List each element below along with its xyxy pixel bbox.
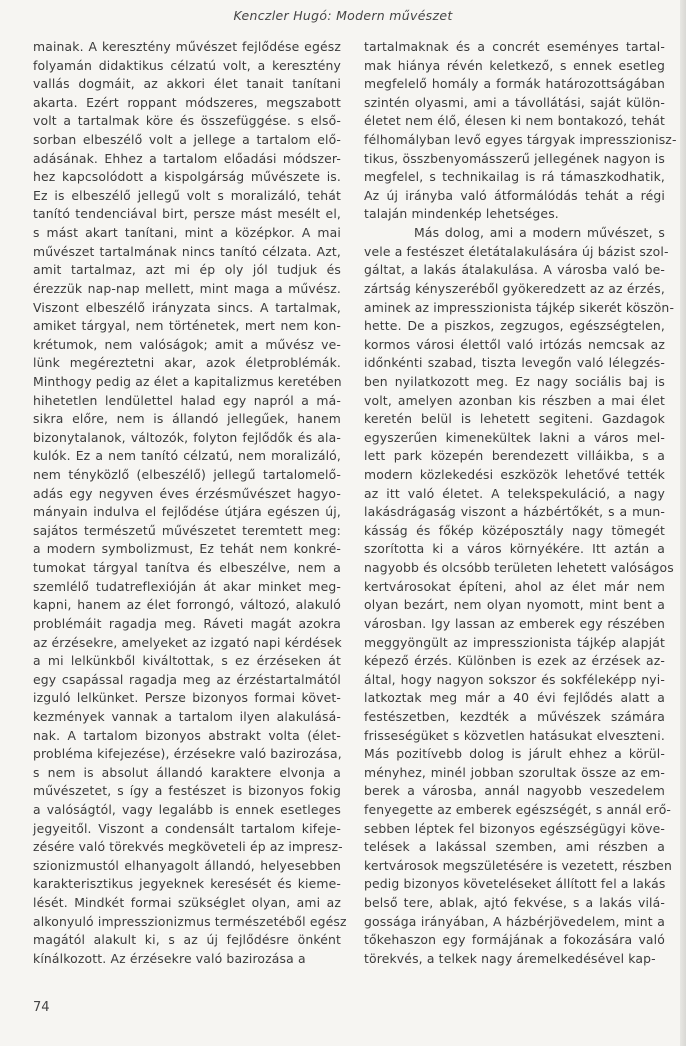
text-line: amiket tárgyal, nem történetek, mert nem…	[33, 317, 341, 336]
text-line: kormos városi élettől való irtózás nemcs…	[364, 336, 665, 355]
text-line: mányain indulva el fejlődése útjára egés…	[33, 503, 341, 522]
text-line: az érzésekre, amelyeket az izgató napi k…	[33, 634, 341, 653]
text-line: talaján mindenkép lehetséges.	[364, 205, 665, 224]
text-line: pedig bizonyos követeléseket állított fe…	[364, 875, 665, 894]
text-line: nem tényközlő (elbeszélő) jellegű tartal…	[33, 466, 341, 485]
text-line: megfelelő homály a formák határozottságá…	[364, 75, 665, 94]
text-line: Más dolog, ami a modern művészet, s	[364, 224, 665, 243]
page-edge	[680, 0, 686, 1046]
text-line: Az új irányba való átformálódás tehát a …	[364, 187, 665, 206]
text-line: meggyöngült az impresszionista tájkép al…	[364, 634, 665, 653]
text-line: s nem is absolut állandó karaktere elvon…	[33, 764, 341, 783]
text-line: megfelel, s technikailag is rá támaszkod…	[364, 168, 665, 187]
text-line: tanító tendenciával birt, persze mást me…	[33, 205, 341, 224]
text-line: Minthogy pedig az élet a kapitalizmus ke…	[33, 373, 341, 392]
text-line: zártság kényszeréből gyökeredzett az az …	[364, 280, 665, 299]
text-line: zésére való törekvés megköveteli ép az i…	[33, 838, 341, 857]
text-line: fenyegette az emberek egészségét, s anná…	[364, 801, 665, 820]
text-line: mainak. A keresztény művészet fejlődése …	[33, 38, 341, 57]
text-line: lünk megéreztetni akar, azok életproblém…	[33, 354, 341, 373]
text-line: sajátos természetű művészetet teremtett …	[33, 522, 341, 541]
text-line: gossága irányában, A házbérjövedelem, mi…	[364, 913, 665, 932]
text-line: képező érzés. Különben is ezek az érzése…	[364, 652, 665, 671]
text-line: volt, amelyen azonban kis részben a mai …	[364, 392, 665, 411]
text-line: félhomályban levő egyes tárgyak impressz…	[364, 131, 665, 150]
text-line: Viszont elbeszélő irányzata sincs. A tar…	[33, 299, 341, 318]
text-line: mak hiánya révén keletkező, s ennek eset…	[364, 57, 665, 76]
text-line: modern közlekedési eszközök lehetővé tet…	[364, 466, 665, 485]
text-line: sebben léptek fel bizonyos egészségügyi …	[364, 820, 665, 839]
text-line: művészetet, s így a festészet is bizonyo…	[33, 782, 341, 801]
text-line: vele a festészet életátalakulására új bá…	[364, 243, 665, 262]
text-line: kertvárosok megszületésére is vezetett, …	[364, 857, 665, 876]
text-line: kezmények vannak a tartalom ilyen alakul…	[33, 708, 341, 727]
text-line: akarta. Ezért roppant módszeres, megszab…	[33, 94, 341, 113]
text-line: kásság és főkép középosztály nagy tömegé…	[364, 522, 665, 541]
text-line: tartalmaknak és a concrét eseményes tart…	[364, 38, 665, 57]
text-line: s mást akart tanítani, mint a középkor. …	[33, 224, 341, 243]
text-line: festészetben, kezdték a művészek számára	[364, 708, 665, 727]
text-line: sikra előre, nem is állandó jellegűek, h…	[33, 410, 341, 429]
text-line: nagyobb és olcsóbb területen lehetett va…	[364, 559, 665, 578]
text-line: a valóságtól, vagy legalább is ennek ese…	[33, 801, 341, 820]
text-line: érezzük nap-nap mellett, mint maga a műv…	[33, 280, 341, 299]
running-head: Kenczler Hugó: Modern művészet	[0, 8, 686, 23]
text-line: hette. De a piszkos, zegzugos, egészségt…	[364, 317, 665, 336]
text-line: gáltat, a lakás átalakulása. A városba v…	[364, 261, 665, 280]
text-line: volt a tartalmak köre és összefüggése. s…	[33, 112, 341, 131]
text-line: hez kapcsolódott a kispolgárság művészet…	[33, 168, 341, 187]
text-line: kínálkozott. Az érzésekre való bazirozás…	[33, 950, 341, 969]
text-line: magától alakult ki, s az új fejlődésre ö…	[33, 931, 341, 950]
text-line: egy csapással ragadja meg az érzéstartal…	[33, 671, 341, 690]
text-line: karakterisztikus jegyeknek keresését és …	[33, 875, 341, 894]
text-line: lett park közepén berendezett villáikba,…	[364, 447, 665, 466]
text-line: ben nyilatkozott meg. Ez nagy sociális b…	[364, 373, 665, 392]
text-line: probléma kifejezése), érzésekre való baz…	[33, 745, 341, 764]
text-line: frisseségüket s közvetlen hatásukat elve…	[364, 727, 665, 746]
text-line: szemlélő tudatreflexióján át akar minket…	[33, 578, 341, 597]
text-line: sorban elbeszélő volt a jellege a tartal…	[33, 131, 341, 150]
text-line: kapni, hanem az élet forrongó, változó, …	[33, 596, 341, 615]
text-line: bizonytalanok, változók, folyton fejlődő…	[33, 429, 341, 448]
text-line: jegyeitől. Viszont a condensált tartalom…	[33, 820, 341, 839]
text-line: időnkénti szabad, tiszta levegőn való lé…	[364, 354, 665, 373]
text-line: adás egy negyven éves érzésművészet hagy…	[33, 485, 341, 504]
left-column: mainak. A keresztény művészet fejlődése …	[33, 38, 341, 968]
text-line: lését. Mindkét formai szükséglet olyan, …	[33, 894, 341, 913]
text-line: izguló lelkünket. Persze bizonyos formai…	[33, 689, 341, 708]
text-line: szintén olyasmi, ami a távollátási, sajá…	[364, 94, 665, 113]
text-line: folyamán didaktikus célzatú volt, a kere…	[33, 57, 341, 76]
text-line: szorította ki a város környékére. Itt az…	[364, 540, 665, 559]
text-line: tumokat tárgyal tanítva és elbeszélve, n…	[33, 559, 341, 578]
text-line: a modern symbolizmust, Ez tehát nem konk…	[33, 540, 341, 559]
text-line: belső tere, ablak, ajtó fekvése, s a lak…	[364, 894, 665, 913]
text-line: művészet tartalmának nincs tanító célzat…	[33, 243, 341, 262]
text-line: olyan bezárt, nem olyan nyomott, mint be…	[364, 596, 665, 615]
text-line: latkoztak meg már a 40 évi fejlődés alat…	[364, 689, 665, 708]
text-line: tikus, összbenyomásszerű jellegének nagy…	[364, 150, 665, 169]
text-line: vallás dogmáit, az akkori élet tanait ta…	[33, 75, 341, 94]
text-line: tőkehaszon egy formájának a fokozására v…	[364, 931, 665, 950]
text-line: által, hogy nagyon sokszor és sokfélekép…	[364, 671, 665, 690]
text-line: keretén belül is lehetett segiteni. Gazd…	[364, 410, 665, 429]
text-line: alkonyuló impresszionizmus természetéből…	[33, 913, 341, 932]
text-line: egyszerűen kimenekültek lakni a város me…	[364, 429, 665, 448]
text-line: adásának. Ehhez a tartalom előadási móds…	[33, 150, 341, 169]
text-line: Más pozitívebb dolog is járult ehhez a k…	[364, 745, 665, 764]
text-line: nak. A tartalom bizonyos abstrakt volta …	[33, 727, 341, 746]
text-line: városban. Igy lassan az emberek egy rész…	[364, 615, 665, 634]
text-line: szionizmustól elhanyagolt állandó, helye…	[33, 857, 341, 876]
text-line: problémáit ragadja meg. Ráveti magát azo…	[33, 615, 341, 634]
text-line: amit tartalmaz, azt mi ép oly jól tudjuk…	[33, 261, 341, 280]
text-line: hihetetlen lendülettel halad egy napról …	[33, 392, 341, 411]
text-line: kulók. Ez a nem tanító célzatú, nem mora…	[33, 447, 341, 466]
text-line: életet nem élő, élesen ki nem bontakozó,…	[364, 112, 665, 131]
text-line: a mi lelkünkből kiváltottak, s ez érzése…	[33, 652, 341, 671]
text-line: Ez is elbeszélő jellegű volt s moralizál…	[33, 187, 341, 206]
right-column: tartalmaknak és a concrét eseményes tart…	[364, 38, 665, 968]
text-line: aminek az impresszionista tájkép sikerét…	[364, 299, 665, 318]
text-line: kertvárosokat építeni, ahol az élet már …	[364, 578, 665, 597]
text-line: törekvés, a telkek nagy áremelkedésével …	[364, 950, 665, 969]
text-line: berek a városba, annál nagyobb veszedele…	[364, 782, 665, 801]
text-line: ményhez, minél jobban szorultak össze az…	[364, 764, 665, 783]
text-line: krétumok, nem valóságok; amit a művész v…	[33, 336, 341, 355]
text-line: lakásdrágaság viszont a házbértőkét, s a…	[364, 503, 665, 522]
page-number: 74	[33, 1000, 50, 1015]
text-line: az itt való életet. A telekspekuláció, a…	[364, 485, 665, 504]
text-line: telések a lakással szemben, ami részben …	[364, 838, 665, 857]
